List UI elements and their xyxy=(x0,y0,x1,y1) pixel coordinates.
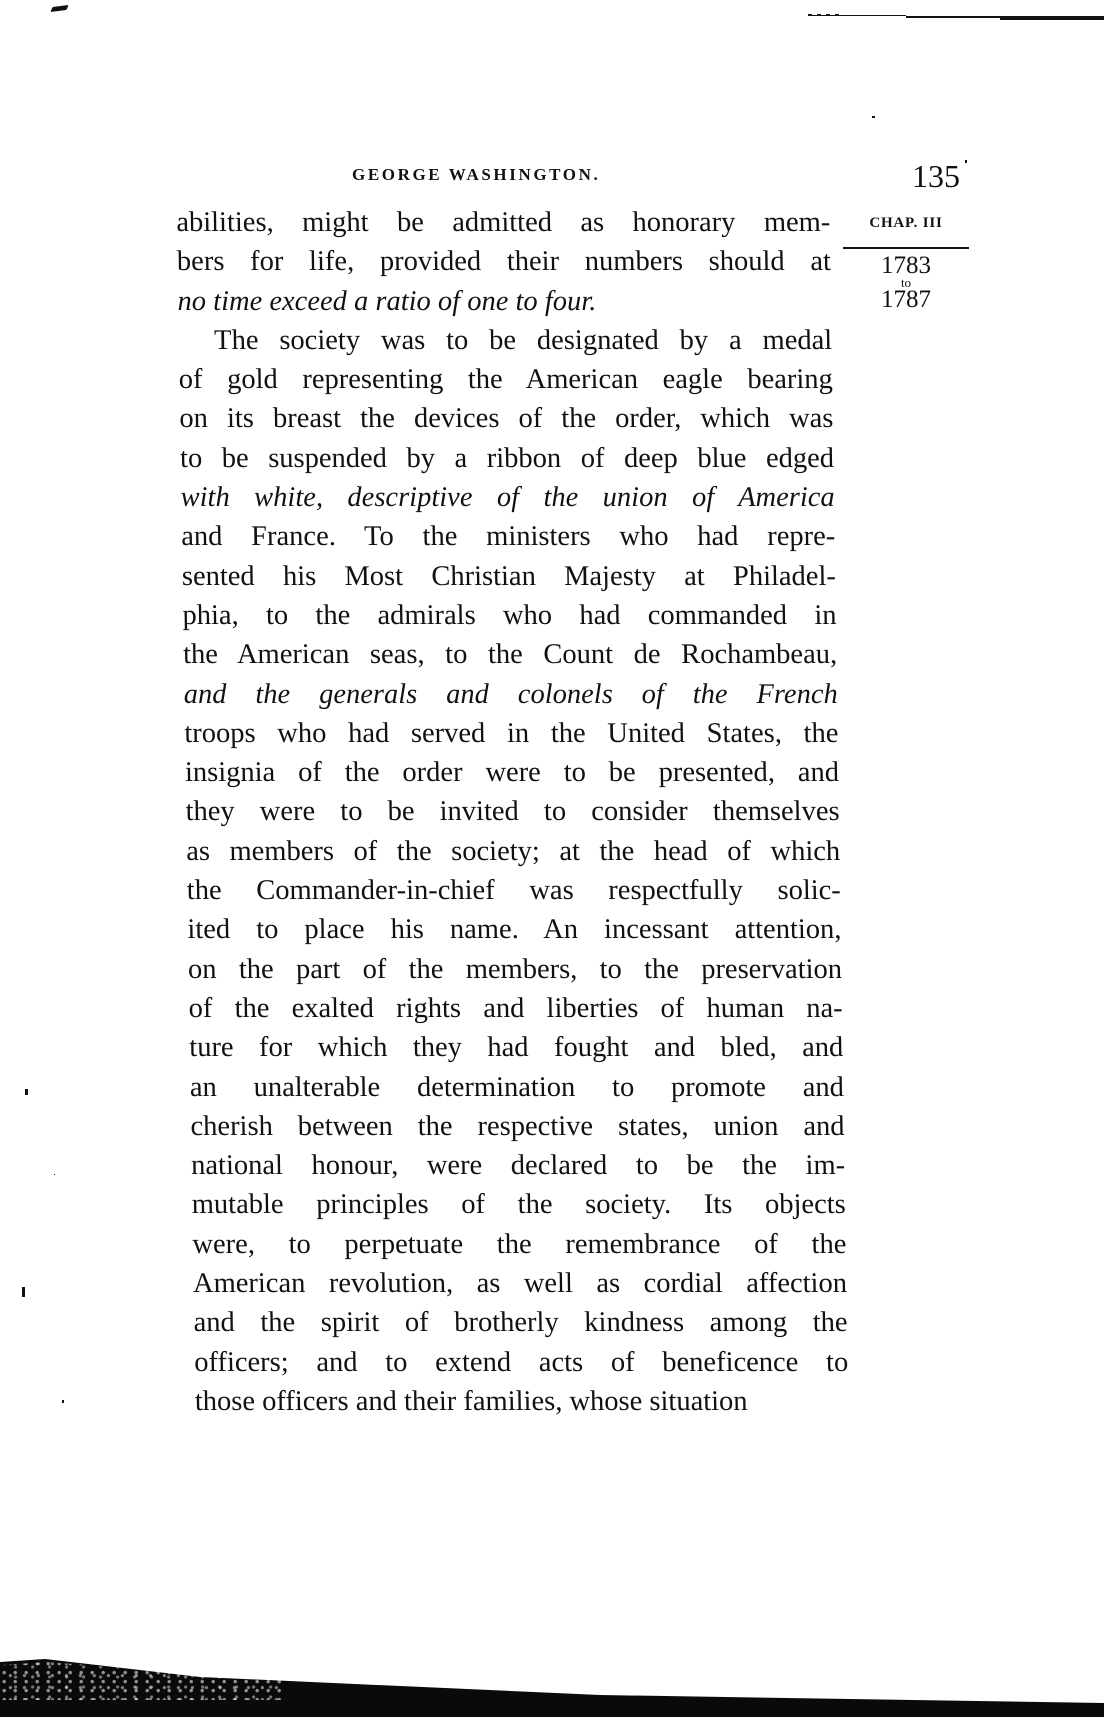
text-line: an unalterable determination to promote … xyxy=(190,1068,845,1107)
text-line: to be suspended by a ribbon of deep blue… xyxy=(180,439,835,478)
scan-bottom-noise xyxy=(2,1660,282,1700)
body-text: abilities, might be admitted as honorary… xyxy=(176,203,849,1421)
margin-rule xyxy=(843,247,969,249)
scan-speck xyxy=(965,160,967,163)
text-line: those officers and their families, whose… xyxy=(195,1382,850,1421)
text-line: mutable principles of the society. Its o… xyxy=(191,1185,846,1224)
text-line: of the exalted rights and liberties of h… xyxy=(188,989,843,1028)
text-line: of gold representing the American eagle … xyxy=(178,360,833,399)
margin-note: CHAP. III 1783 to 1787 xyxy=(843,210,969,313)
scan-top-rule xyxy=(808,15,906,16)
text-line: The society was to be designated by a me… xyxy=(178,321,833,360)
text-line: and the spirit of brotherly kindness amo… xyxy=(193,1303,848,1342)
scan-speck xyxy=(25,1089,28,1095)
scan-speck xyxy=(54,1174,55,1175)
text-line: bers for life, provided their numbers sh… xyxy=(177,242,832,281)
text-line: with white, descriptive of the union of … xyxy=(180,478,835,517)
text-line: they were to be invited to consider them… xyxy=(185,792,840,831)
text-line: and France. To the ministers who had rep… xyxy=(181,517,836,556)
text-line: ture for which they had fought and bled,… xyxy=(189,1028,844,1067)
scan-speck xyxy=(62,1400,64,1403)
text-line: officers; and to extend acts of benefice… xyxy=(194,1343,849,1382)
text-line: the Commander-in-chief was respectfully … xyxy=(186,871,841,910)
page-number: 135 xyxy=(912,158,960,194)
text-line: phia, to the admirals who had commanded … xyxy=(182,596,837,635)
scan-top-rule xyxy=(1000,17,1104,20)
text-line: sented his Most Christian Majesty at Phi… xyxy=(182,557,837,596)
scan-speck xyxy=(22,1287,25,1297)
running-head: GEORGE WASHINGTON. xyxy=(352,163,662,187)
scan-corner-mark xyxy=(50,5,68,12)
text-line: troops who had served in the United Stat… xyxy=(184,714,839,753)
text-line: as members of the society; at the head o… xyxy=(186,832,841,871)
text-line: ited to place his name. An incessant att… xyxy=(187,910,842,949)
year-end: 1787 xyxy=(843,287,969,313)
text-line: on the part of the members, to the prese… xyxy=(188,950,843,989)
text-line: on its breast the devices of the order, … xyxy=(179,399,834,438)
chapter-label: CHAP. III xyxy=(843,210,969,236)
text-line: cherish between the respective states, u… xyxy=(190,1107,845,1146)
text-line: abilities, might be admitted as honorary… xyxy=(176,203,831,242)
text-line: were, to perpetuate the remembrance of t… xyxy=(192,1225,847,1264)
text-line: the American seas, to the Count de Rocha… xyxy=(183,635,838,674)
book-page: GEORGE WASHINGTON. 135 CHAP. III 1783 to… xyxy=(0,0,1104,1717)
text-line: and the generals and colonels of the Fre… xyxy=(183,675,838,714)
text-line: insignia of the order were to be present… xyxy=(185,753,840,792)
text-line: American revolution, as well as cordial … xyxy=(193,1264,848,1303)
text-line: no time exceed a ratio of one to four. xyxy=(177,282,832,321)
text-line: national honour, were declared to be the… xyxy=(191,1146,846,1185)
scan-speck xyxy=(872,116,875,118)
